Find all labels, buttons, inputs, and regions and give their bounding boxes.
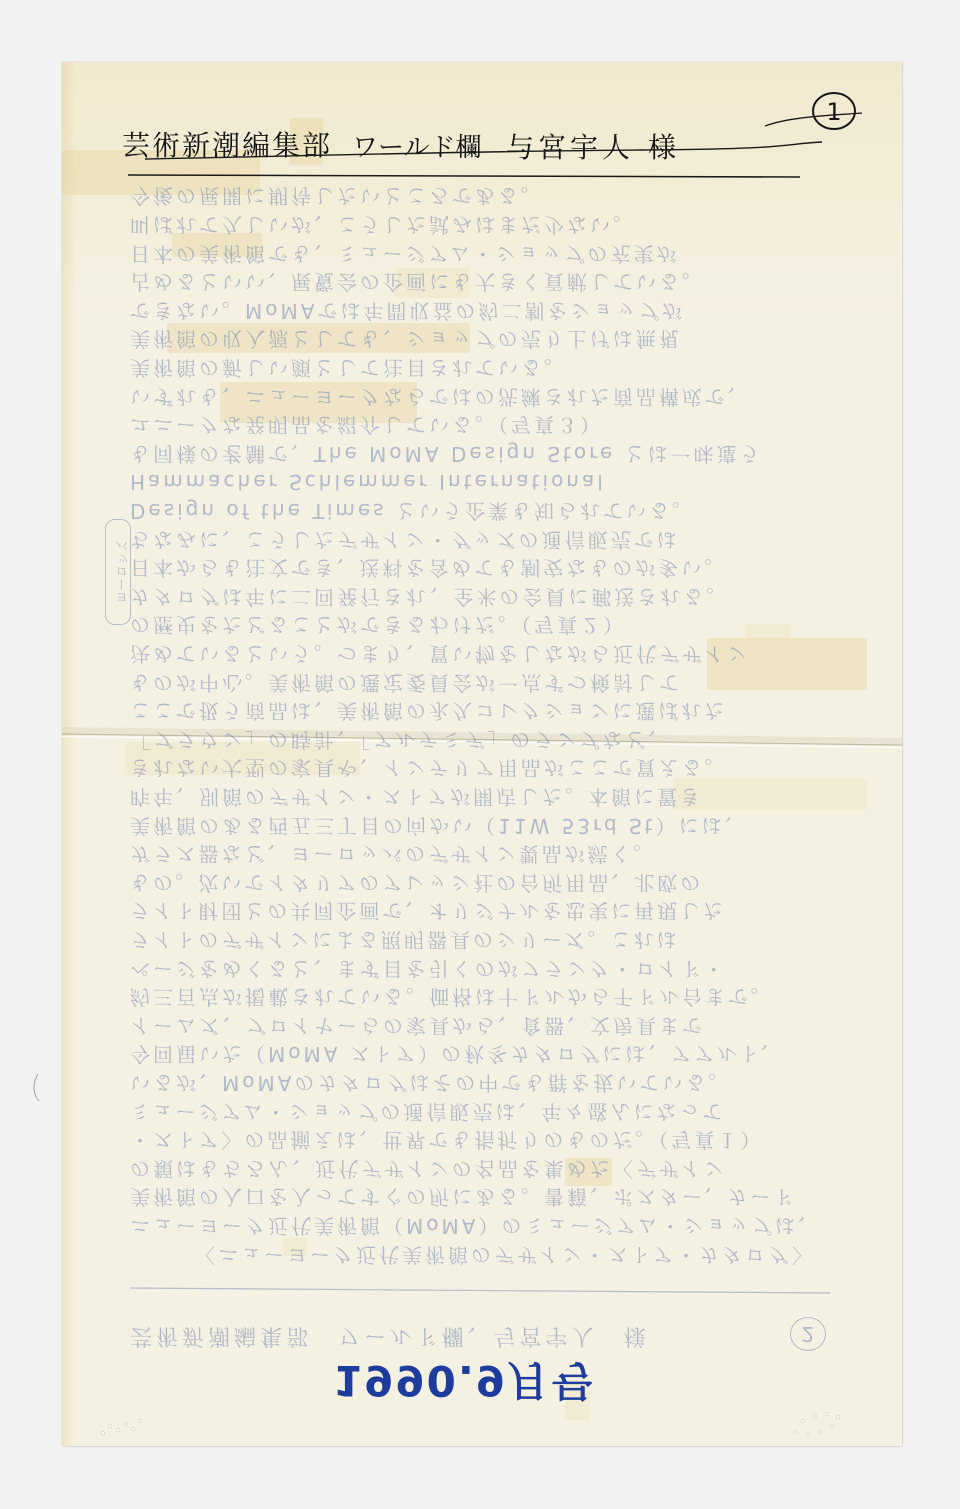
- reverse-line: もの。次いでイタリアのアレッシ社の台所用品、北欧の: [130, 869, 703, 897]
- reverse-line: 美術館の新しい顔として注目されている。: [130, 354, 567, 382]
- reverse-line: も同様の老舗で、The MoMA Design Store とは一味違う: [130, 440, 763, 468]
- reverse-line: の類はもちろん、近代デザインの名品を集めた〈デザイン: [130, 1155, 726, 1183]
- reverse-line: いずれも、ニューヨークならではの洗練された商品構成で、: [130, 383, 750, 411]
- page-number: 1: [815, 94, 853, 130]
- reverse-line: ものが中心。美術館の選定委員会が一点ずつ検討して: [130, 669, 682, 697]
- reverse-header: 芸術新潮編集部 ワールド欄、与宮宇人 様: [130, 1321, 650, 1349]
- header-department: 芸術新潮編集部: [122, 130, 332, 162]
- reverse-line: 美術館の入口を入ってすぐの所にある。書籍、ポスター、カード: [130, 1183, 796, 1211]
- reverse-page-number: 2: [790, 1317, 826, 1351]
- reverse-line: ニューヨーク近代美術館（MoMA）のミュージアム・ショップは、: [130, 1212, 821, 1240]
- header-section: ワールド欄: [352, 132, 481, 164]
- reverse-line: ガラス器など、ヨーロッパのデザイン製品が続く。: [130, 840, 656, 868]
- reverse-line: ライト財団との共同企画で、オリジナルを忠実に再現した: [130, 897, 726, 925]
- header-recipient: 与宮宇人: [506, 132, 634, 164]
- reverse-line: ・ストア〉の品揃えは、世界でも指折りのものだ。（写真１）: [130, 1126, 763, 1154]
- reverse-line: 今後の展開に期待したいところである。: [130, 182, 544, 210]
- reverse-line: の歴史をたどることができるわけだ。（写真２）: [130, 611, 626, 639]
- reverse-line: ユニークな発明品を紹介している。（写真３）: [130, 411, 603, 439]
- reverse-line: 日本の美術館でも、ミュージアム・ショップの充実が: [130, 240, 679, 268]
- reverse-line: ここで扱う商品は、美術館の永久コレクションに選ばれた: [130, 697, 727, 725]
- reverse-line: カタログは年に二回発行され、全米の会員に郵送される。: [130, 583, 729, 611]
- reverse-line: ミュージアム・ショップの通信販売は、年々盛んになって: [130, 1098, 725, 1126]
- reverse-line: 今回届いた（MoMA ストア）の秋冬カタログには、アアルト、: [130, 1040, 784, 1068]
- reverse-margin-box-note: ヨーロッパ: [105, 519, 131, 625]
- date-note: 1990.9月号: [333, 1352, 595, 1408]
- header-honorific: 様: [648, 132, 678, 164]
- reverse-line: いるが、MoMAのカタログはその中でも群を抜いている。: [130, 1069, 731, 1097]
- reverse-line: イームズ、ブロイヤーらの家具から、食器、文房具まで: [130, 1012, 705, 1040]
- reverse-side-bleed-through: 芸術新潮編集部 ワールド欄、与宮宇人 様 2 〈ニューヨーク近代美術館のデザイン…: [0, 170, 960, 1355]
- reverse-line: 決めているという。つまり、買い物をしながら近代デザイン: [130, 640, 750, 668]
- reverse-line: きれない大型の家具や、インテリア用品がここで買える。: [130, 754, 728, 782]
- reverse-line: 占めるといい、展覧会の企画にも大きく貢献している。: [130, 268, 705, 296]
- reverse-line: 叫ばれて久しいが、こうした試みはまだ少ない。: [130, 211, 636, 239]
- reverse-line: ページをめくると、まず目を引くのがフランク・ロイド・: [130, 955, 727, 983]
- reverse-line: 「ブラウン」の時計、「アルテミデ」のランプなど、: [130, 726, 671, 754]
- reverse-line: 日本からも注文でき、送料を含めても割安なものが多い。: [130, 554, 727, 582]
- reverse-line: Hammacher Schlemmer International: [130, 468, 606, 496]
- reverse-line: ライトのデザインによる照明器具のシリーズ。これは: [130, 926, 680, 954]
- reverse-line: 美術館の収入源としても、ショップの売り上げは無視: [130, 325, 682, 353]
- reverse-line: 約三百点が掲載されている。価格は十ドルから千ドル台まで。: [130, 983, 774, 1011]
- reverse-title: 〈ニューヨーク近代美術館のデザイン・ストア・カタログ〉: [195, 1241, 815, 1269]
- reverse-line: ちなみに、こうしたデザイン・グッズの通信販売では: [130, 526, 680, 554]
- reverse-line: できない。MoMAでは年間収益の約二割をショップが: [130, 297, 685, 325]
- reverse-line: 昨年、別館のデザイン・ストアが開店した。本館に置き: [130, 783, 703, 811]
- reverse-line: 美術館のある西五三丁目の向かい（11W 53rd St）には、: [130, 812, 748, 840]
- reverse-line: Design of the Times という企業も知られている。: [130, 497, 695, 525]
